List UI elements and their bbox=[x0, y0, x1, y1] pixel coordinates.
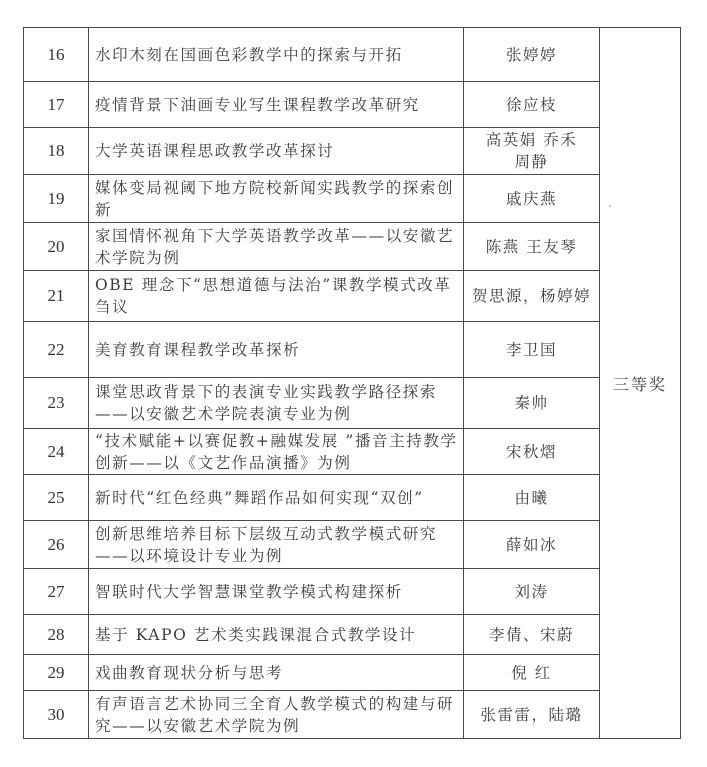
awards-table-body: 16水印木刻在国画色彩教学中的探索与开拓张婷婷三等奖17疫情背景下油画专业写生课… bbox=[24, 28, 681, 739]
award-level: 三等奖 bbox=[600, 28, 681, 739]
author-names: 由曦 bbox=[464, 475, 600, 521]
row-number: 26 bbox=[24, 521, 89, 569]
table-row: 25新时代“红色经典”舞蹈作品如何实现“双创”由曦 bbox=[24, 475, 681, 521]
paper-title: 疫情背景下油画专业写生课程教学改革研究 bbox=[89, 82, 464, 128]
author-names: 李倩、宋蔚 bbox=[464, 615, 600, 655]
paper-title: 有声语言艺术协同三全育人教学模式的构建与研究——以安徽艺术学院为例 bbox=[89, 691, 464, 739]
table-row: 27智联时代大学智慧课堂教学模式构建探析刘涛 bbox=[24, 569, 681, 615]
paper-title: 戏曲教育现状分析与思考 bbox=[89, 655, 464, 691]
table-row: 17疫情背景下油画专业写生课程教学改革研究徐应枝 bbox=[24, 82, 681, 128]
table-row: 23课堂思政背景下的表演专业实践教学路径探索——以安徽艺术学院表演专业为例秦帅 bbox=[24, 378, 681, 429]
author-names: 戚庆燕 bbox=[464, 175, 600, 223]
row-number: 17 bbox=[24, 82, 89, 128]
paper-title: 基于 KAPO 艺术类实践课混合式教学设计 bbox=[89, 615, 464, 655]
row-number: 27 bbox=[24, 569, 89, 615]
row-number: 25 bbox=[24, 475, 89, 521]
paper-title: 媒体变局视阈下地方院校新闻实践教学的探索创新 bbox=[89, 175, 464, 223]
row-number: 23 bbox=[24, 378, 89, 429]
row-number: 19 bbox=[24, 175, 89, 223]
author-names: 李卫国 bbox=[464, 322, 600, 378]
row-number: 18 bbox=[24, 128, 89, 175]
row-number: 21 bbox=[24, 271, 89, 322]
paper-title: “技术赋能+以赛促教+融媒发展 ”播音主持教学创新——以《文艺作品演播》为例 bbox=[89, 429, 464, 475]
table-row: 22美育教育课程教学改革探析李卫国 bbox=[24, 322, 681, 378]
author-names: 秦帅 bbox=[464, 378, 600, 429]
table-row: 16水印木刻在国画色彩教学中的探索与开拓张婷婷三等奖 bbox=[24, 28, 681, 82]
paper-title: 大学英语课程思政教学改革探讨 bbox=[89, 128, 464, 175]
table-row: 28基于 KAPO 艺术类实践课混合式教学设计李倩、宋蔚 bbox=[24, 615, 681, 655]
author-names: 刘涛 bbox=[464, 569, 600, 615]
table-row: 26创新思维培养目标下层级互动式教学模式研究——以环境设计专业为例薛如冰 bbox=[24, 521, 681, 569]
author-names: 宋秋熠 bbox=[464, 429, 600, 475]
paper-title: 水印木刻在国画色彩教学中的探索与开拓 bbox=[89, 28, 464, 82]
author-names: 陈燕 王友琴 bbox=[464, 223, 600, 271]
table-row: 24“技术赋能+以赛促教+融媒发展 ”播音主持教学创新——以《文艺作品演播》为例… bbox=[24, 429, 681, 475]
scan-speck bbox=[609, 205, 611, 207]
author-names: 张雷雷，陆璐 bbox=[464, 691, 600, 739]
paper-title: OBE 理念下“思想道德与法治”课教学模式改革刍议 bbox=[89, 271, 464, 322]
row-number: 28 bbox=[24, 615, 89, 655]
row-number: 22 bbox=[24, 322, 89, 378]
table-row: 19媒体变局视阈下地方院校新闻实践教学的探索创新戚庆燕 bbox=[24, 175, 681, 223]
row-number: 30 bbox=[24, 691, 89, 739]
table-row: 29戏曲教育现状分析与思考倪 红 bbox=[24, 655, 681, 691]
paper-title: 新时代“红色经典”舞蹈作品如何实现“双创” bbox=[89, 475, 464, 521]
author-names: 张婷婷 bbox=[464, 28, 600, 82]
table-row: 18大学英语课程思政教学改革探讨高英娟 乔禾 周静 bbox=[24, 128, 681, 175]
awards-table: 16水印木刻在国画色彩教学中的探索与开拓张婷婷三等奖17疫情背景下油画专业写生课… bbox=[23, 27, 681, 739]
table-row: 21OBE 理念下“思想道德与法治”课教学模式改革刍议贺思源，杨婷婷 bbox=[24, 271, 681, 322]
paper-title: 智联时代大学智慧课堂教学模式构建探析 bbox=[89, 569, 464, 615]
paper-title: 家国情怀视角下大学英语教学改革——以安徽艺术学院为例 bbox=[89, 223, 464, 271]
row-number: 24 bbox=[24, 429, 89, 475]
row-number: 16 bbox=[24, 28, 89, 82]
row-number: 29 bbox=[24, 655, 89, 691]
author-names: 高英娟 乔禾 周静 bbox=[464, 128, 600, 175]
author-names: 倪 红 bbox=[464, 655, 600, 691]
row-number: 20 bbox=[24, 223, 89, 271]
author-names: 贺思源，杨婷婷 bbox=[464, 271, 600, 322]
author-names: 徐应枝 bbox=[464, 82, 600, 128]
paper-title: 课堂思政背景下的表演专业实践教学路径探索——以安徽艺术学院表演专业为例 bbox=[89, 378, 464, 429]
table-row: 20家国情怀视角下大学英语教学改革——以安徽艺术学院为例陈燕 王友琴 bbox=[24, 223, 681, 271]
scan-speck bbox=[152, 197, 153, 198]
paper-title: 创新思维培养目标下层级互动式教学模式研究——以环境设计专业为例 bbox=[89, 521, 464, 569]
author-names: 薛如冰 bbox=[464, 521, 600, 569]
paper-title: 美育教育课程教学改革探析 bbox=[89, 322, 464, 378]
table-row: 30有声语言艺术协同三全育人教学模式的构建与研究——以安徽艺术学院为例张雷雷，陆… bbox=[24, 691, 681, 739]
